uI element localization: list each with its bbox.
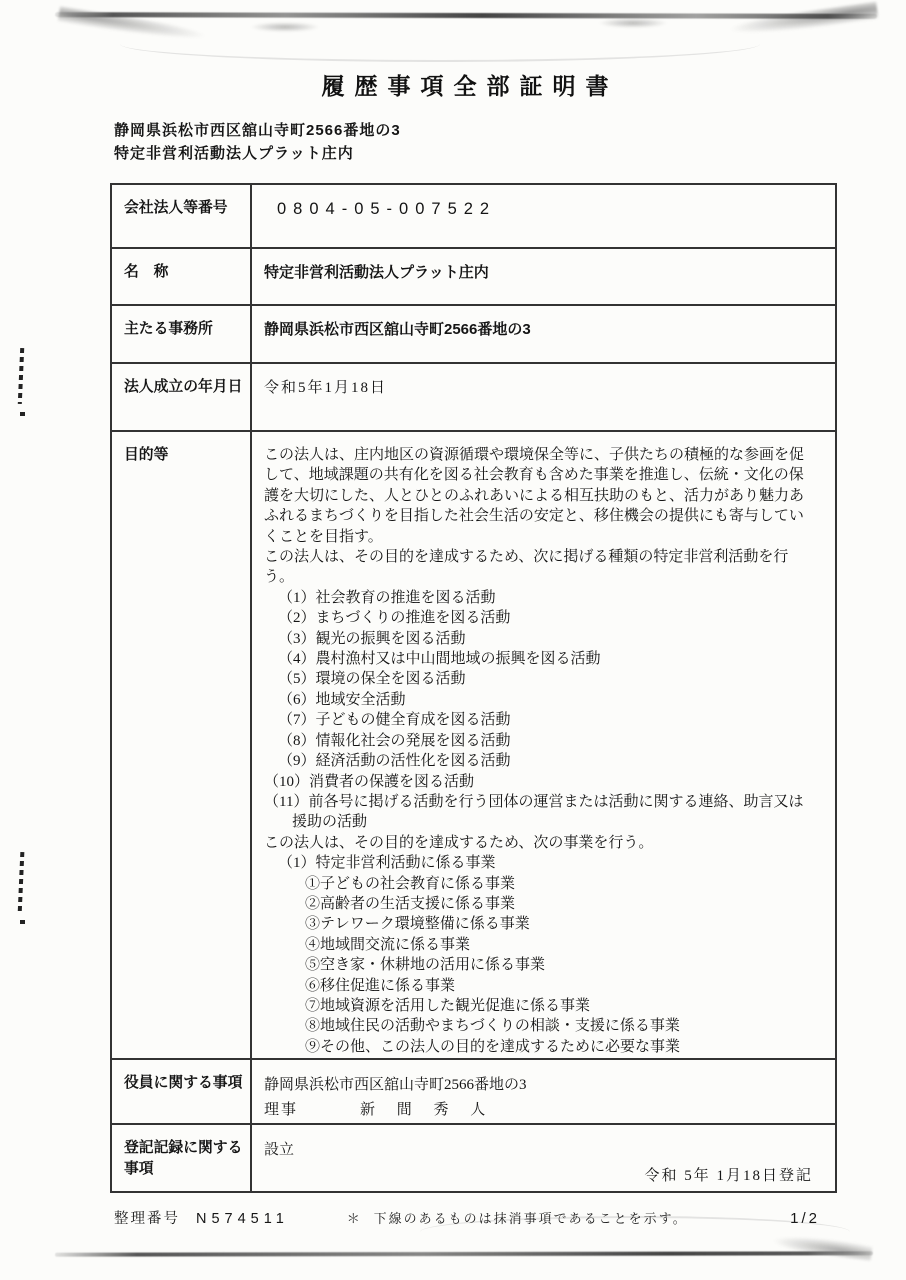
header-address-block: 静岡県浜松市西区舘山寺町2566番地の3 特定非営利活動法人プラット庄内 [114, 119, 401, 165]
activity-item-11: （11）前各号に掲げる活動を行う団体の運営または活動に関する連絡、助言又は援助の… [264, 792, 815, 833]
corporate-number-cell: 0804-05-007522 [251, 184, 836, 248]
purpose-paragraph-3: この法人は、その目的を達成するため、次の事業を行う。 [264, 833, 815, 853]
officer-line: 理事 新 間 秀 人 [264, 1098, 815, 1123]
row-corporate-number: 会社法人等番号 0804-05-007522 [111, 184, 836, 248]
registration-date: 令和 5年 1月18日登記 [264, 1164, 815, 1189]
officer-address: 静岡県浜松市西区舘山寺町2566番地の3 [264, 1073, 815, 1098]
activity-item-3: （3）観光の振興を図る活動 [278, 629, 815, 649]
row-purpose: 目的等 この法人は、庄内地区の資源循環や環境保全等に、子供たちの積極的な参画を促… [111, 431, 836, 1059]
reference-number: N574511 [196, 1211, 289, 1227]
purpose-paragraph-2: この法人は、その目的を達成するため、次に掲げる種類の特定非営利活動を行う。 [264, 547, 815, 588]
activity-item-4: （4）農村漁村又は中山間地域の振興を図る活動 [278, 649, 815, 669]
purpose-paragraph-1: この法人は、庄内地区の資源循環や環境保全等に、子供たちの積極的な参画を促して、地… [264, 445, 815, 547]
corporate-number-label: 会社法人等番号 [111, 184, 251, 248]
business-item-3: ③テレワーク環境整備に係る事業 [305, 914, 815, 934]
registry-record-value: 設立 [264, 1138, 815, 1163]
business-item-5: ⑤空き家・休耕地の活用に係る事業 [305, 955, 815, 975]
officer-position: 理事 [264, 1098, 298, 1123]
scan-dash-mark-upper [18, 348, 24, 404]
business-item-2: ②高齢者の生活支援に係る事業 [305, 894, 815, 914]
establishment-date-value: 令和5年1月18日 [251, 363, 836, 431]
principal-office-value: 静岡県浜松市西区舘山寺町2566番地の3 [251, 305, 836, 363]
row-principal-office: 主たる事務所 静岡県浜松市西区舘山寺町2566番地の3 [111, 305, 836, 363]
activity-item-9: （9）経済活動の活性化を図る活動 [278, 751, 815, 771]
corporate-number-value: 0804-05-007522 [277, 198, 496, 220]
principal-office-label: 主たる事務所 [111, 305, 251, 363]
business-header: （1）特定非営利活動に係る事業 [278, 853, 815, 873]
business-item-6: ⑥移住促進に係る事業 [305, 976, 815, 996]
name-value: 特定非営利活動法人プラット庄内 [251, 248, 836, 305]
scan-dash-dot-upper [20, 412, 25, 416]
activity-item-8: （8）情報化社会の発展を図る活動 [278, 731, 815, 751]
business-item-8: ⑧地域住民の活動やまちづくりの相談・支援に係る事業 [305, 1016, 815, 1036]
registry-record-label: 登記記録に関する事項 [111, 1124, 251, 1192]
reference-label: 整理番号 [114, 1207, 180, 1228]
scan-arc-top [120, 26, 760, 62]
scan-smudge-top-right [727, 2, 878, 41]
activity-item-10: （10）消費者の保護を図る活動 [264, 772, 815, 792]
header-address: 静岡県浜松市西区舘山寺町2566番地の3 [114, 119, 401, 142]
scan-smudge-top-2 [598, 18, 668, 28]
business-item-9: ⑨その他、この法人の目的を達成するために必要な事業 [305, 1037, 815, 1057]
business-item-4: ④地域間交流に係る事業 [305, 935, 815, 955]
business-item-1: ①子どもの社会教育に係る事業 [305, 874, 815, 894]
activity-item-5: （5）環境の保全を図る活動 [278, 669, 815, 689]
officers-cell: 静岡県浜松市西区舘山寺町2566番地の3 理事 新 間 秀 人 [251, 1059, 836, 1124]
purpose-label: 目的等 [111, 431, 251, 1059]
row-officers: 役員に関する事項 静岡県浜松市西区舘山寺町2566番地の3 理事 新 間 秀 人 [111, 1059, 836, 1124]
scan-dash-mark-lower [18, 852, 25, 914]
registry-record-cell: 設立 令和 5年 1月18日登記 [251, 1124, 836, 1192]
name-label: 名 称 [111, 248, 251, 305]
scan-artifact-bottom-band [55, 1251, 873, 1256]
officer-name: 新 間 秀 人 [360, 1098, 494, 1123]
activity-item-1: （1）社会教育の推進を図る活動 [278, 588, 815, 608]
document-title: 履歴事項全部証明書 [0, 68, 906, 101]
row-registry-record: 登記記録に関する事項 設立 令和 5年 1月18日登記 [111, 1124, 836, 1192]
activity-item-2: （2）まちづくりの推進を図る活動 [278, 608, 815, 628]
scan-dash-dot-lower [20, 920, 25, 924]
purpose-cell: この法人は、庄内地区の資源循環や環境保全等に、子供たちの積極的な参画を促して、地… [251, 431, 836, 1059]
row-establishment-date: 法人成立の年月日 令和5年1月18日 [111, 363, 836, 431]
activity-item-7: （7）子どもの健全育成を図る活動 [278, 710, 815, 730]
activity-item-6: （6）地域安全活動 [278, 690, 815, 710]
registry-table: 会社法人等番号 0804-05-007522 名 称 特定非営利活動法人プラット… [110, 183, 837, 1193]
business-item-7: ⑦地域資源を活用した観光促進に係る事業 [305, 996, 815, 1016]
officers-label: 役員に関する事項 [111, 1059, 251, 1124]
row-name: 名 称 特定非営利活動法人プラット庄内 [111, 248, 836, 305]
establishment-date-label: 法人成立の年月日 [111, 363, 251, 431]
header-corporate-name: 特定非営利活動法人プラット庄内 [114, 142, 401, 165]
certificate-page: 履歴事項全部証明書 静岡県浜松市西区舘山寺町2566番地の3 特定非営利活動法人… [0, 0, 906, 1280]
note-asterisk: ＊ [347, 1208, 360, 1227]
